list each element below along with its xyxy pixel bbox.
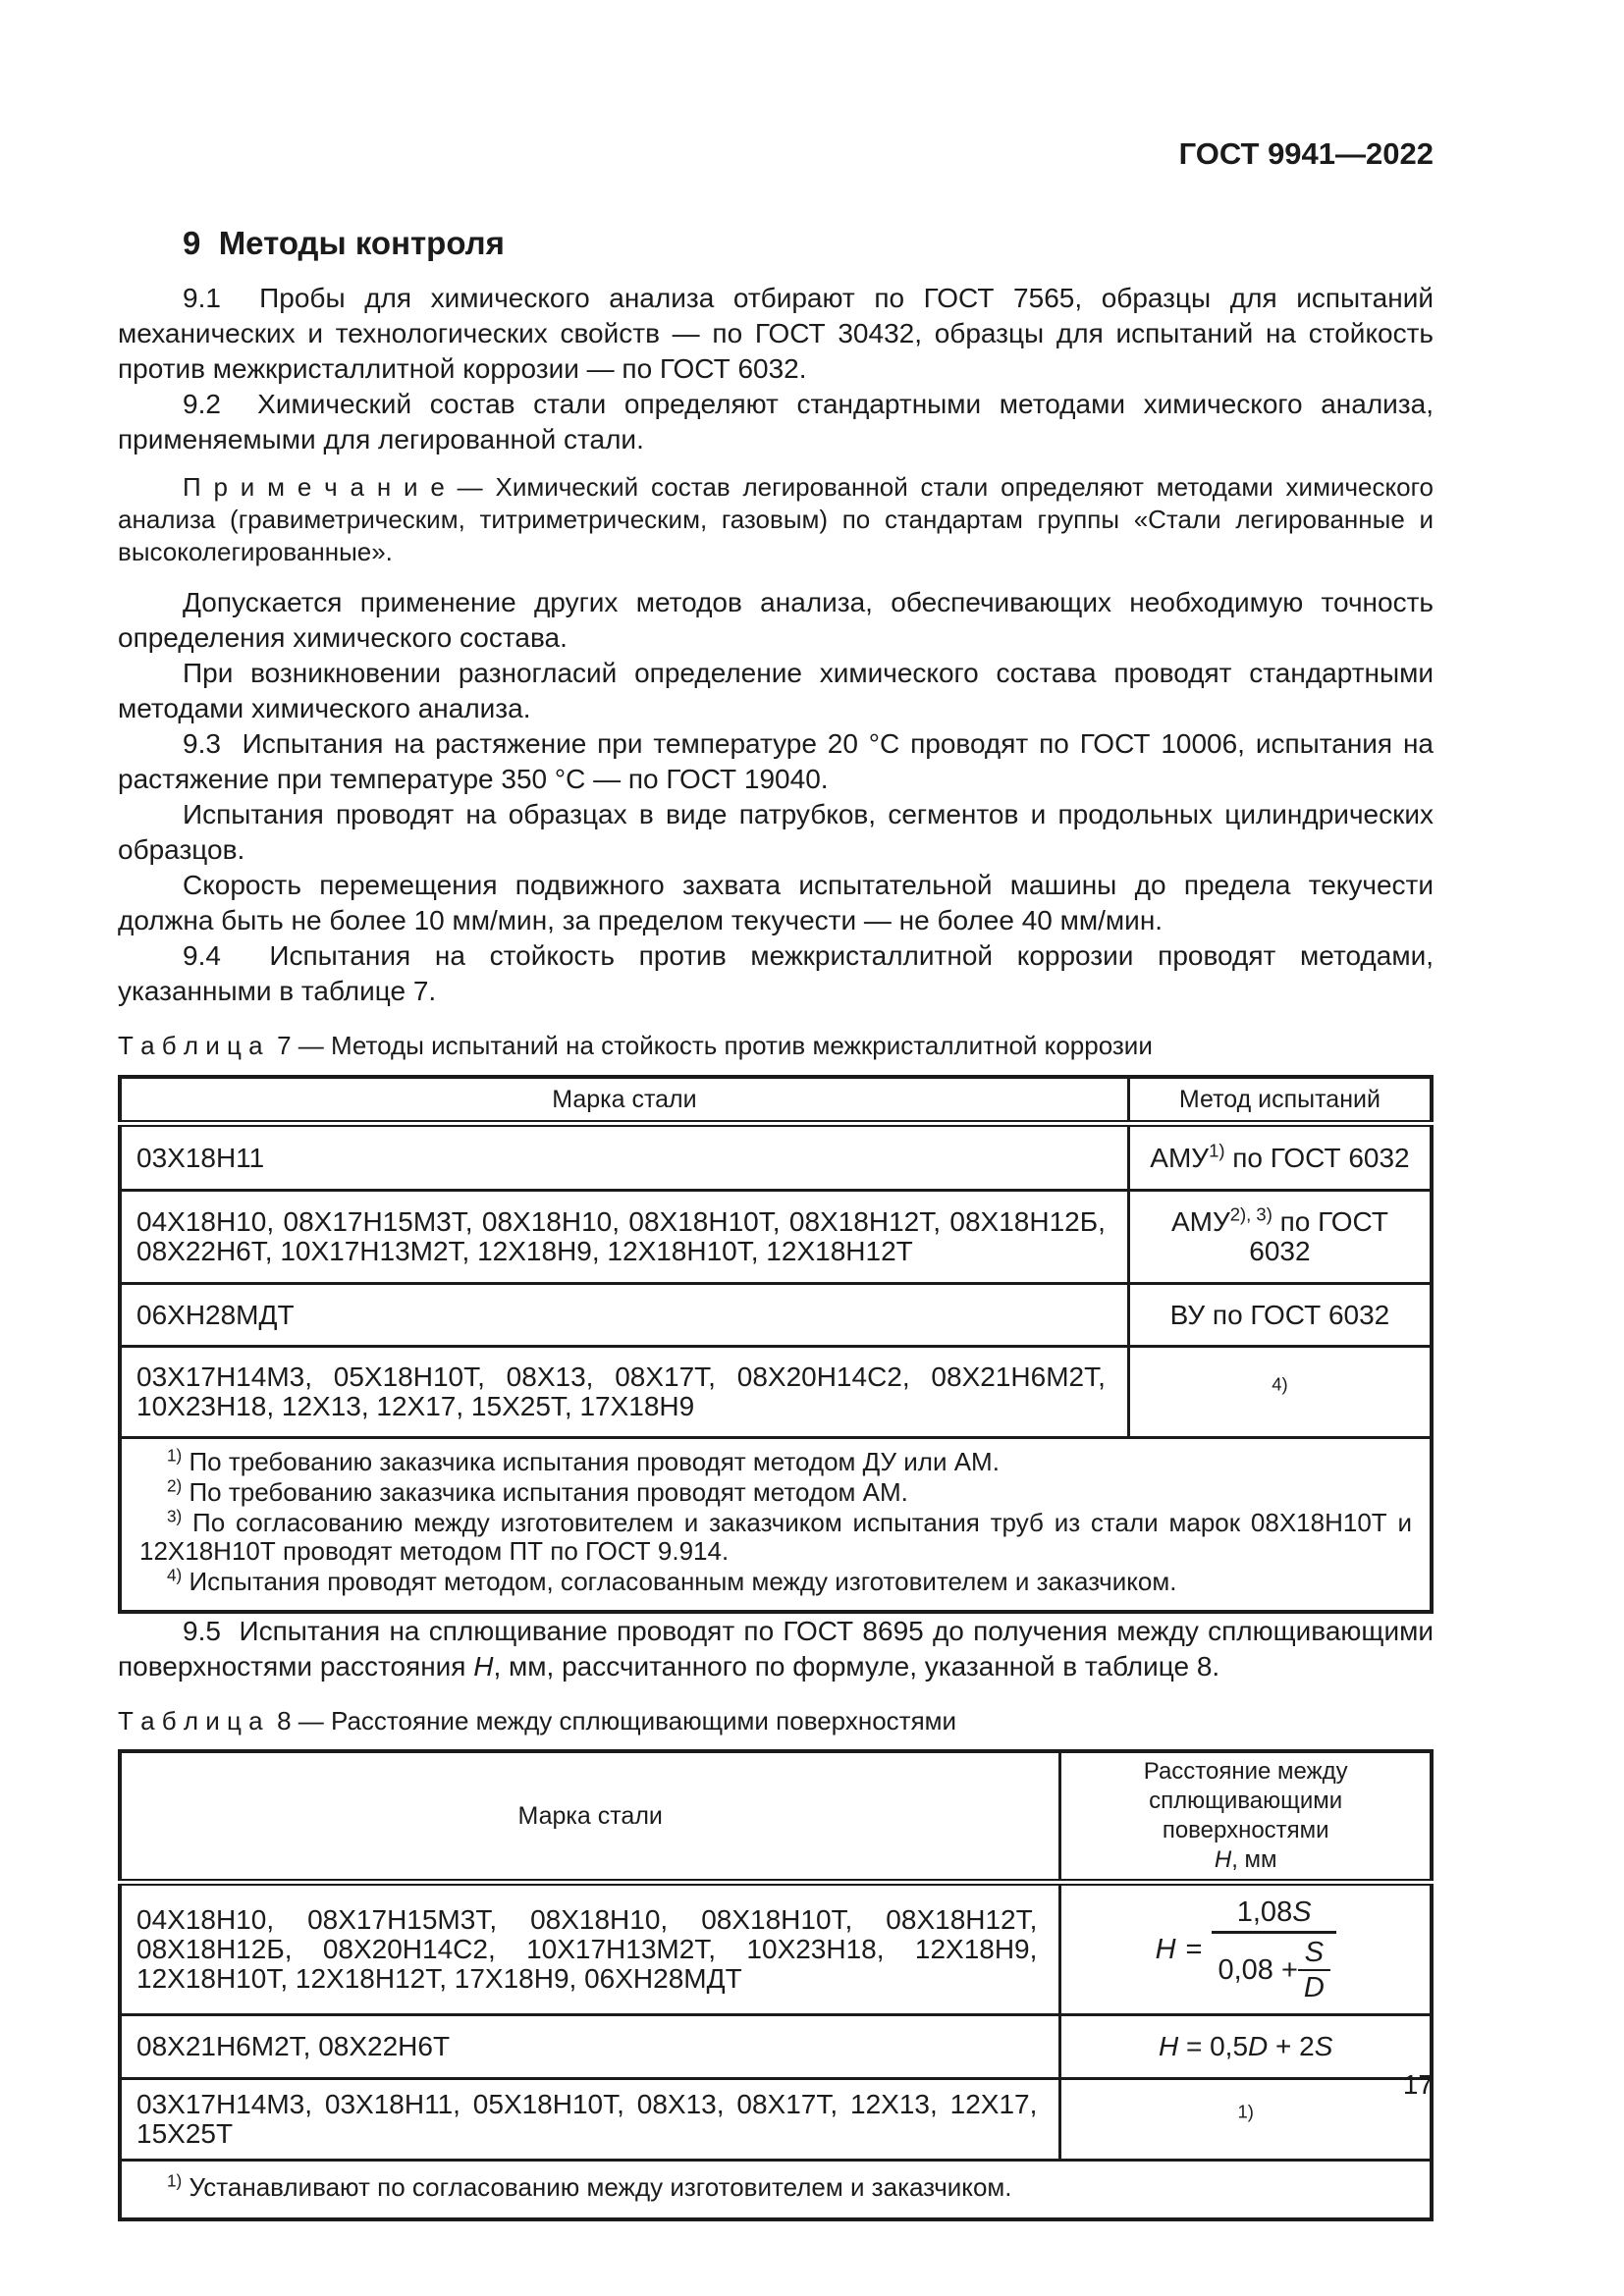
footnote: 1) Устанавливают по согласованию между и…: [139, 2173, 1412, 2202]
footnote-marker: 1): [167, 2170, 182, 2190]
footnote-text: По согласованию между изготовителем и за…: [139, 1508, 1412, 1566]
footnote-text: По требованию заказчика испытания провод…: [182, 1477, 908, 1507]
table7-header-row: Марка стали Метод испытаний: [120, 1077, 1432, 1124]
footnote-marker: 3): [167, 1506, 182, 1525]
footnote: 4) Испытания проводят методом, согласова…: [139, 1568, 1412, 1596]
paragraph-9-4: 9.4 Испытания на стойкость против межкри…: [118, 938, 1434, 1009]
variable-h: H: [1215, 1846, 1231, 1873]
steel-grades-cell: 03Х18Н11: [120, 1124, 1128, 1191]
paragraph-text: , мм, рассчитанного по формуле, указанно…: [493, 1651, 1219, 1682]
header-unit: , мм: [1231, 1846, 1276, 1873]
paragraph-other-methods: Допускается применение других методов ан…: [118, 585, 1434, 656]
footnote: 3) По согласованию между изготовителем и…: [139, 1509, 1412, 1566]
footnote-text: Испытания проводят методом, согласованны…: [182, 1567, 1176, 1596]
table8-footnotes-row: 1) Устанавливают по согласованию между и…: [120, 2161, 1432, 2220]
footnote-text: По требованию заказчика испытания провод…: [182, 1447, 1000, 1476]
paragraph-9-1: 9.1 Пробы для химического анализа отбира…: [118, 281, 1434, 387]
variable-s: S: [1315, 2031, 1333, 2061]
variable-h: H: [1156, 1935, 1176, 1964]
formula-text: = 0,5: [1178, 2031, 1248, 2061]
table7-row: 06ХН28МДТ ВУ по ГОСТ 6032: [120, 1284, 1432, 1347]
formula-text: + 2: [1268, 2031, 1314, 2061]
variable-h: H: [1159, 2031, 1178, 2061]
fraction: 1,08S 0,08 + S D: [1212, 1897, 1335, 2002]
numerator-coef: 1,08: [1237, 1897, 1292, 1927]
table7-footnotes: 1) По требованию заказчика испытания про…: [120, 1438, 1432, 1613]
header-line: сплющивающими поверхностями: [1149, 1788, 1342, 1843]
footnote-marker: 1): [167, 1445, 182, 1465]
table8-caption-text: — Расстояние между сплющивающими поверхн…: [292, 1706, 957, 1735]
table7-caption-label: Т а б л и ц а 7: [118, 1031, 292, 1060]
table8-row: 04Х18Н10, 08Х17Н15М3Т, 08Х18Н10, 08Х18Н1…: [120, 1883, 1432, 2015]
note-paragraph: П р и м е ч а н и е — Химический состав …: [118, 471, 1434, 568]
table8-header-distance: Расстояние между сплющивающими поверхнос…: [1060, 1751, 1432, 1883]
steel-grades-cell: 06ХН28МДТ: [120, 1284, 1128, 1347]
table8-caption-label: Т а б л и ц а 8: [118, 1706, 292, 1735]
table8-footnotes: 1) Устанавливают по согласованию между и…: [120, 2161, 1432, 2220]
method-footnote-ref: 4): [1272, 1374, 1287, 1395]
table8-header-marka: Марка стали: [120, 1751, 1060, 1883]
footnote: 2) По требованию заказчика испытания про…: [139, 1478, 1412, 1507]
table7-footnotes-row: 1) По требованию заказчика испытания про…: [120, 1438, 1432, 1613]
table7-row: 03Х18Н11 АМУ1) по ГОСТ 6032: [120, 1124, 1432, 1191]
doc-code: ГОСТ 9941—2022: [118, 135, 1434, 173]
paragraph-specimens: Испытания проводят на образцах в виде па…: [118, 797, 1434, 868]
test-method-cell: ВУ по ГОСТ 6032: [1128, 1284, 1432, 1347]
table7-row: 04Х18Н10, 08Х17Н15М3Т, 08Х18Н10, 08Х18Н1…: [120, 1191, 1432, 1284]
steel-grades-cell: 04Х18Н10, 08Х17Н15М3Т, 08Х18Н10, 08Х18Н1…: [120, 1883, 1060, 2015]
variable-s: S: [1292, 1897, 1311, 1927]
nested-fraction: S D: [1298, 1938, 1330, 2002]
table7-caption: Т а б л и ц а 7 — Методы испытаний на ст…: [118, 1029, 1434, 1062]
table7-caption-text: — Методы испытаний на стойкость против м…: [292, 1031, 1153, 1060]
table7: Марка стали Метод испытаний 03Х18Н11 АМУ…: [118, 1075, 1434, 1614]
paragraph-9-3: 9.3 Испытания на растяжение при температ…: [118, 726, 1434, 797]
note-label: П р и м е ч а н и е: [183, 472, 445, 502]
paragraph-disagreements: При возникновении разногласий определени…: [118, 656, 1434, 726]
test-method-cell: АМУ2), 3) по ГОСТ 6032: [1128, 1191, 1432, 1284]
formula-cell: H = 1,08S 0,08 + S D: [1060, 1883, 1432, 2015]
table8: Марка стали Расстояние между сплющивающи…: [118, 1749, 1434, 2221]
footnote-marker: 4): [167, 1565, 182, 1584]
steel-grades-cell: 03Х17Н14М3, 05Х18Н10Т, 08Х13, 08Х17Т, 08…: [120, 1347, 1128, 1438]
table7-header-marka: Марка стали: [120, 1077, 1128, 1124]
page-content: ГОСТ 9941—2022 9 Методы контроля 9.1 Про…: [118, 0, 1434, 2221]
table8-caption: Т а б л и ц а 8 — Расстояние между сплющ…: [118, 1704, 1434, 1737]
table7-header-method: Метод испытаний: [1128, 1077, 1432, 1124]
method-text: ВУ по ГОСТ 6032: [1170, 1300, 1390, 1330]
test-method-cell: АМУ1) по ГОСТ 6032: [1128, 1124, 1432, 1191]
test-method-cell: 4): [1128, 1347, 1432, 1438]
table8-header-row: Марка стали Расстояние между сплющивающи…: [120, 1751, 1432, 1883]
variable-s: S: [1305, 1938, 1324, 1967]
steel-grades-cell: 04Х18Н10, 08Х17Н15М3Т, 08Х18Н10, 08Х18Н1…: [120, 1191, 1128, 1284]
flattening-formula: H = 1,08S 0,08 + S D: [1071, 1897, 1420, 2002]
denominator-coef: 0,08 +: [1218, 1955, 1297, 1985]
method-text: АМУ: [1150, 1143, 1209, 1173]
footnote-ref: 1): [1237, 2102, 1253, 2122]
equals-sign: =: [1176, 1935, 1213, 1964]
paragraph-9-5: 9.5 Испытания на сплющивание проводят по…: [118, 1614, 1434, 1684]
method-text: АМУ: [1171, 1206, 1230, 1237]
footnote-marker: 2): [167, 1475, 182, 1495]
table7-row: 03Х17Н14М3, 05Х18Н10Т, 08Х13, 08Х17Т, 08…: [120, 1347, 1432, 1438]
method-text: по ГОСТ 6032: [1224, 1143, 1409, 1173]
variable-h: H: [473, 1651, 493, 1682]
paragraph-9-2: 9.2 Химический состав стали определяют с…: [118, 387, 1434, 457]
header-line: Расстояние между: [1144, 1758, 1348, 1785]
section-heading: 9 Методы контроля: [118, 222, 1434, 265]
footnote-text: Устанавливают по согласованию между изго…: [182, 2172, 1011, 2202]
method-footnote-ref: 2), 3): [1230, 1204, 1272, 1225]
page-number: 17: [118, 2067, 1434, 2103]
method-footnote-ref: 1): [1209, 1140, 1224, 1160]
variable-d: D: [1248, 2031, 1268, 2061]
document-page: ГОСТ 9941—2022 9 Методы контроля 9.1 Про…: [0, 0, 1624, 2296]
variable-d: D: [1304, 1973, 1325, 2002]
footnote: 1) По требованию заказчика испытания про…: [139, 1448, 1412, 1476]
paragraph-speed: Скорость перемещения подвижного захвата …: [118, 868, 1434, 938]
